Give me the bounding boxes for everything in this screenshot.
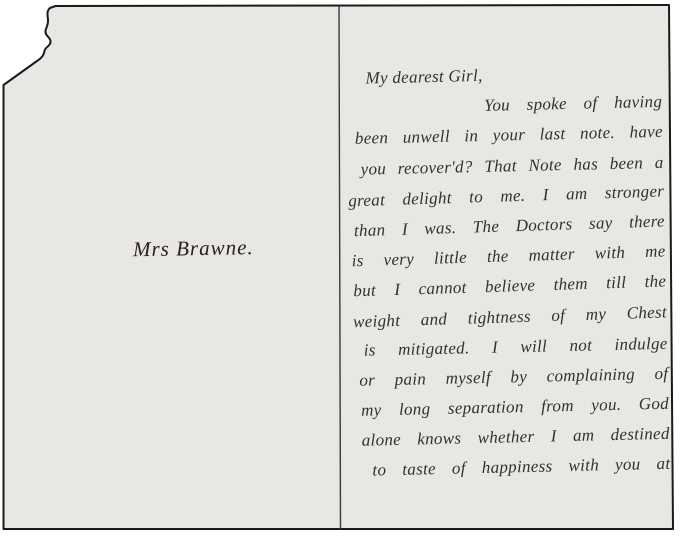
letter-body: My dearest Girl, You spoke of having bee… (343, 57, 671, 487)
letter-scan: Mrs Brawne. My dearest Girl, You spoke o… (0, 0, 680, 538)
letter-line: You spoke of having (484, 87, 663, 121)
address-line: Mrs Brawne. (133, 235, 273, 262)
